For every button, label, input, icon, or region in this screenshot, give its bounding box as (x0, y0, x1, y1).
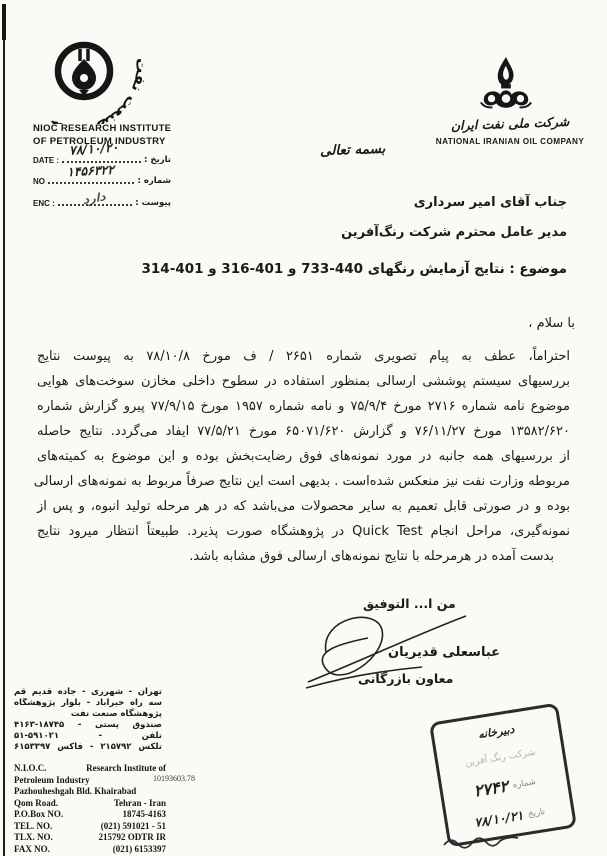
footer-en-label: Petroleum Industry (14, 775, 90, 787)
letter-body: احتراماً، عطف به پیام تصویری شماره ۲۶۵۱ … (37, 344, 570, 569)
footer-en-row: TLX. NO. 215792 ODTR IR (14, 832, 166, 844)
body-line: بدست آمده در هرمرحله با نتایج نمونه‌های … (37, 544, 570, 569)
footer-en-row: P.O.Box NO. 18745-4163 (14, 809, 166, 821)
footer-en-value: (021) 591021 - 51 (101, 821, 166, 833)
footer-fa-line: تهران - شهرری - جاده قدیم قم (14, 687, 162, 698)
signature-scribble-icon (298, 604, 480, 700)
footer-en-row: TEL. NO. (021) 591021 - 51 (14, 821, 166, 833)
body-line: از بررسیهای همه جانبه در مورد نمونه‌های … (37, 444, 570, 469)
stamp-number-value: ۲۷۴۲ (472, 776, 509, 800)
scan-edge-line (3, 4, 5, 856)
body-line: موضوع نامه شماره ۲۷۱۶ مورخ ۷۵/۹/۴ و نامه… (37, 394, 570, 419)
number-label-fa: شماره : (137, 176, 171, 186)
salutation: با سلام ، (528, 316, 575, 331)
stamp-date-row: تاریخ ۷۸/۱۰/۲۱ (473, 804, 546, 830)
recipient-block: جناب آقای امیر سرداری مدیر عامل محترم شر… (341, 188, 567, 248)
stamp-date-value: ۷۸/۱۰/۲۱ (473, 807, 524, 830)
footer-en-row: Qom Road. Tehran - Iran (14, 798, 166, 810)
footer-en-label: N.I.O.C. (14, 763, 47, 775)
scan-edge-mark (2, 4, 6, 40)
footer-en-row: FAX NO. (021) 6153397 (14, 844, 166, 856)
nioc-torch-icon (477, 56, 535, 118)
scanned-letter-page: پژوهشگاه صنعت نفت NIOC RESEARCH INSTITUT… (0, 0, 607, 856)
number-label-en: NO (33, 177, 45, 186)
footer-en-value: Research Institute of (86, 763, 166, 775)
footer-en-label: FAX NO. (14, 844, 50, 856)
scan-reference-code: 10193603.78 (153, 774, 195, 783)
footer-fa-line: سه راه خیرآباد - بلوار پژوهشگاه (14, 698, 162, 709)
nioc-name-en: NATIONAL IRANIAN OIL COMPANY (430, 137, 590, 146)
number-row: NO شماره : ۱۴۵۶۳۲۲ (33, 171, 171, 186)
footer-address-fa: تهران - شهرری - جاده قدیم قم سه راه خیرآ… (14, 687, 162, 753)
number-handwritten-value: ۱۴۵۶۳۲۲ (67, 162, 115, 179)
footer-address-en: N.I.O.C. Research Institute of Petroleum… (14, 763, 166, 855)
footer-fa-line: تلکس ۲۱۵۷۹۲ - فاکس ۶۱۵۳۳۹۷ (14, 742, 162, 753)
institute-name-en-line1: NIOC RESEARCH INSTITUTE (33, 122, 173, 135)
stamp-company: شرکت رنگ آفرین (464, 747, 536, 769)
footer-en-label: Qom Road. (14, 798, 58, 810)
date-label-en: DATE : (33, 156, 59, 165)
footer-en-value: 18745-4163 (123, 809, 167, 821)
subject-line: موضوع : نتایج آزمایش رنگهای 440-733 و 40… (142, 261, 567, 277)
stamp-number-row: شماره ۲۷۴۲ (472, 772, 537, 801)
footer-fa-line: پژوهشگاه صنعت نفت (14, 709, 162, 720)
footer-en-label: P.O.Box NO. (14, 809, 63, 821)
footer-en-value: Tehran - Iran (114, 798, 166, 810)
footer-en-label: TEL. NO. (14, 821, 52, 833)
body-line: بوده و در صورتی قابل تعمیم به سایر محصول… (37, 494, 570, 519)
stamp-date-label: تاریخ (527, 806, 545, 819)
footer-en-label: Pazhouheshgah Bld. Khairabad (14, 786, 136, 798)
footer-en-row: Pazhouheshgah Bld. Khairabad (14, 786, 166, 798)
footer-fa-line: تلفن - ۵۹۱۰۲۱-۵۱ (14, 731, 162, 742)
footer-en-row: N.I.O.C. Research Institute of (14, 763, 166, 775)
enclosure-label-en: ENC : (33, 199, 55, 208)
recipient-name: جناب آقای امیر سرداری (341, 188, 567, 218)
body-line: مربوطه وزارت نفت نیز منعکس شده‌است . بدی… (37, 469, 570, 494)
footer-en-value: (021) 6153397 (113, 844, 166, 856)
enclosure-label-fa: پیوست : (135, 198, 171, 208)
date-handwritten-value: ۷۸/۱۰/۲۰ (69, 139, 119, 157)
stamp-number-label: شماره (512, 777, 536, 791)
body-line: بررسیهای سیستم پوششی ارسالی بمنظور استفا… (37, 369, 570, 394)
nioc-name-fa-calligraphy: شرکت ملی نفت ایران (448, 114, 572, 133)
footer-en-row: Petroleum Industry (14, 775, 166, 787)
secretariat-stamp: دبیرخانه شرکت رنگ آفرین شماره ۲۷۴۲ تاریخ… (429, 703, 577, 848)
footer-en-value: 215792 ODTR IR (98, 832, 166, 844)
date-label-fa: تاریخ : (144, 155, 171, 165)
recipient-title: مدیر عامل محترم شرکت رنگ‌آفرین (341, 218, 567, 248)
institute-logo-icon: پژوهشگاه صنعت نفت (36, 40, 168, 124)
body-line: نمونه‌گیری، مراحل انجام Quick Test در پژ… (37, 519, 570, 544)
footer-en-label: TLX. NO. (14, 832, 53, 844)
number-dotted-leader (48, 181, 134, 184)
stamp-title: دبیرخانه (477, 723, 515, 742)
enclosure-row: ENC : پیوست : دارد (33, 193, 171, 208)
body-line: احتراماً، عطف به پیام تصویری شماره ۲۶۵۱ … (37, 344, 570, 369)
footer-fa-line: صندوق پستی - ۱۸۷۴۵-۴۱۶۳ (14, 720, 162, 731)
note-squiggle-icon (440, 832, 522, 850)
body-line: ۱۳۵۸۲/۶۲۰ مورخ ۷۶/۱۱/۲۷ و گزارش ۶۵۰۷۱/۶۲… (37, 419, 570, 444)
besmele-invocation: بسمه تعالی (320, 141, 386, 159)
